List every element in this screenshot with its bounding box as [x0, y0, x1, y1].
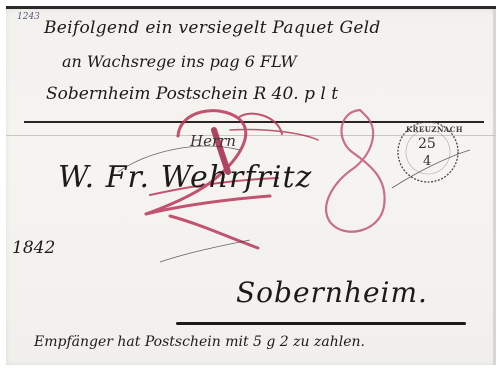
red-crayon-8 — [326, 110, 385, 232]
year-note: 1842 — [12, 238, 55, 258]
postmark-month: 4 — [423, 154, 431, 169]
postmark-town: KREUZNACH — [406, 125, 463, 134]
addressee-place: Sobernheim. — [236, 276, 428, 309]
addressee-name: W. Fr. Wehrfritz — [58, 160, 312, 195]
addressee-prefix: Herrn — [190, 132, 236, 150]
postmark-day: 25 — [418, 136, 436, 152]
footer-note: Empfänger hat Postschein mit 5 g 2 zu za… — [34, 334, 365, 350]
address-underline — [176, 322, 466, 325]
